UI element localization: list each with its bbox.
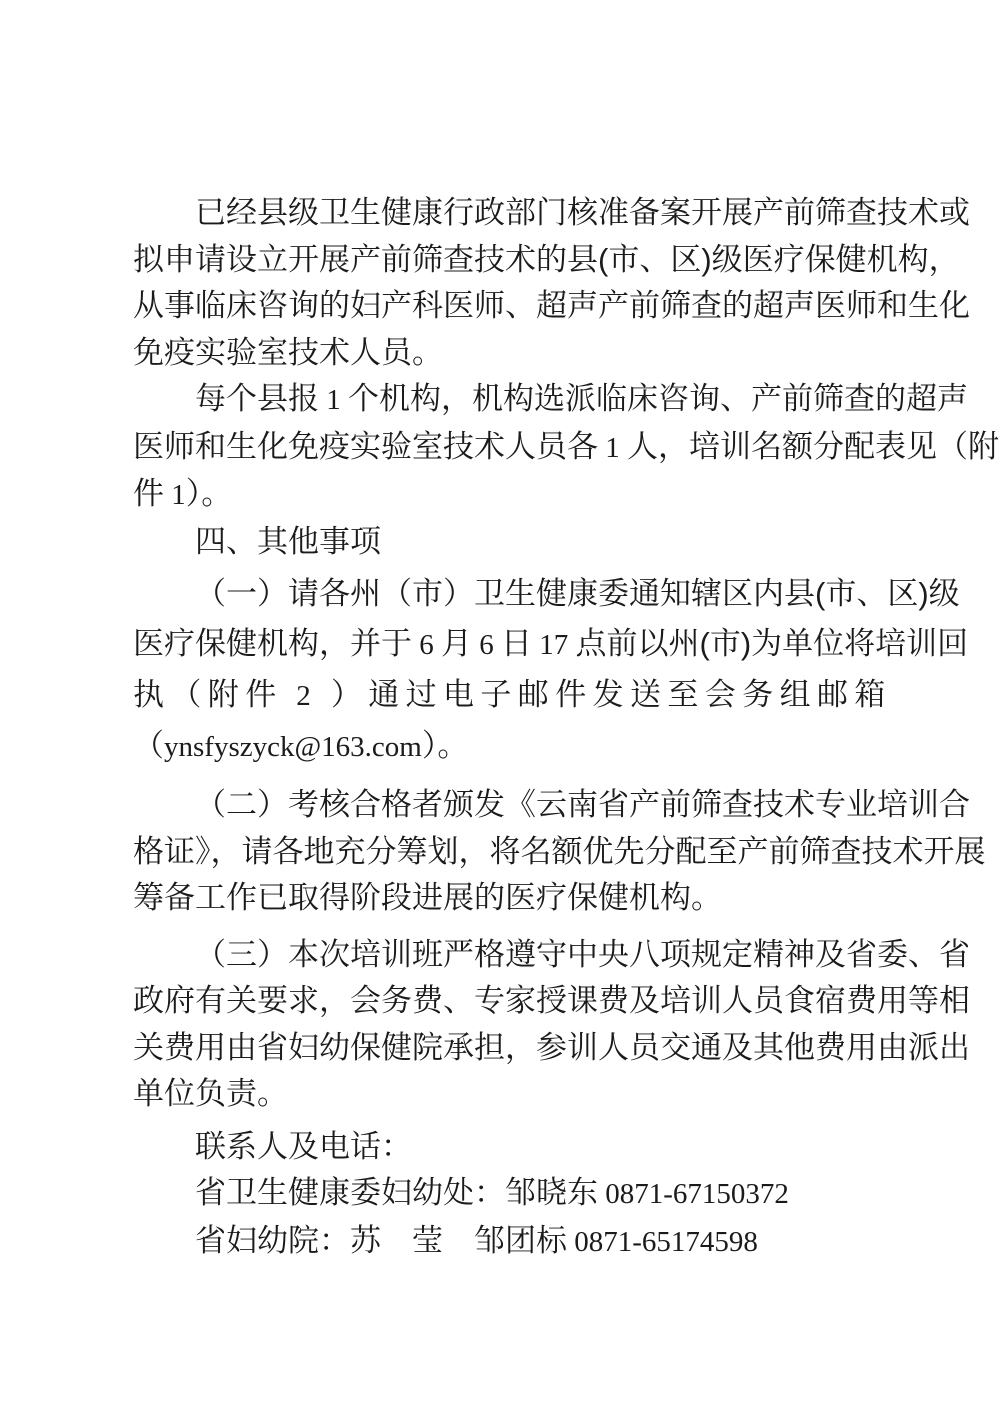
item-1-registration: （一）请各州（市）卫生健康委通知辖区内县(市、区)级医疗保健机构，并于 6 月 … bbox=[133, 569, 870, 772]
document-line: （三）本次培训班严格遵守中央八项规定精神及省委、省 bbox=[133, 932, 870, 979]
text-segment: 1 bbox=[598, 432, 627, 464]
text-segment: 拟申请设立开展产前筛查技术的县(市、区)级医疗保健机构， bbox=[133, 242, 960, 277]
text-segment: 月 bbox=[441, 626, 472, 661]
document-line: 省妇幼院：苏 莹 邹团标 0871-65174598 bbox=[133, 1218, 870, 1266]
document-line: （ynsfyszyck@163.com）。 bbox=[133, 721, 870, 772]
text-segment: 6 bbox=[412, 629, 441, 661]
text-segment: 联系人及电话： bbox=[195, 1129, 412, 1164]
text-segment: 关费用由省妇幼保健院承担，参训人员交通及其他费用由派出 bbox=[133, 1030, 970, 1065]
text-segment: 单位负责。 bbox=[133, 1076, 288, 1111]
section-heading-other-matters: 四、其他事项 bbox=[133, 519, 870, 566]
text-segment: 点前以州(市)为单位将培训回 bbox=[576, 626, 969, 661]
document-line: 医师和生化免疫实验室技术人员各 1 人，培训名额分配表见（附 bbox=[133, 424, 870, 472]
document-line: 每个县报 1 个机构，机构选派临床咨询、产前筛查的超声 bbox=[133, 376, 870, 424]
text-segment: 日 bbox=[501, 626, 532, 661]
text-segment: 17 bbox=[532, 629, 576, 661]
text-segment: 每个县报 bbox=[195, 381, 319, 416]
text-segment: 省妇幼院：苏 莹 邹团标 bbox=[195, 1223, 567, 1258]
document-line: 省卫生健康委妇幼处：邹晓东 0871-67150372 bbox=[133, 1170, 870, 1218]
document-line: 政府有关要求，会务费、专家授课费及培训人员食宿费用等相 bbox=[133, 978, 870, 1025]
document-line: 关费用由省妇幼保健院承担，参训人员交通及其他费用由派出 bbox=[133, 1025, 870, 1072]
text-segment: 政府有关要求，会务费、专家授课费及培训人员食宿费用等相 bbox=[133, 983, 970, 1018]
document-line: （二）考核合格者颁发《云南省产前筛查技术专业培训合 bbox=[133, 782, 870, 829]
text-segment: 医师和生化免疫实验室技术人员各 bbox=[133, 429, 598, 464]
document-line: 单位负责。 bbox=[133, 1071, 870, 1118]
text-segment: （二）考核合格者颁发《云南省产前筛查技术专业培训合 bbox=[195, 787, 970, 822]
item-2-certificate: （二）考核合格者颁发《云南省产前筛查技术专业培训合格证》，请各地充分筹划，将名额… bbox=[133, 782, 870, 922]
text-block: 已经县级卫生健康行政部门核准备案开展产前筛查技术或拟申请设立开展产前筛查技术的县… bbox=[133, 190, 870, 1265]
document-line: 医疗保健机构，并于 6 月 6 日 17 点前以州(市)为单位将培训回 bbox=[133, 619, 870, 670]
text-segment: ）通过电子邮件发送至会务组邮箱 bbox=[331, 677, 892, 712]
text-segment: 已经县级卫生健康行政部门核准备案开展产前筛查技术或 bbox=[195, 195, 970, 230]
document-line: 格证》，请各地充分筹划，将名额优先分配至产前筛查技术开展 bbox=[133, 829, 870, 876]
text-segment: 6 bbox=[472, 629, 501, 661]
text-segment: ）。 bbox=[422, 728, 469, 763]
text-segment: 免疫实验室技术人员。 bbox=[133, 335, 443, 370]
text-segment: （三）本次培训班严格遵守中央八项规定精神及省委、省 bbox=[195, 937, 970, 972]
document-line: 执（附件 2 ）通过电子邮件发送至会务组邮箱 bbox=[133, 670, 870, 721]
text-segment: 筹备工作已取得阶段进展的医疗保健机构。 bbox=[133, 880, 722, 915]
document-line: （一）请各州（市）卫生健康委通知辖区内县(市、区)级 bbox=[133, 569, 870, 619]
text-segment: 0871-67150372 bbox=[598, 1178, 789, 1210]
document-page: 已经县级卫生健康行政部门核准备案开展产前筛查技术或拟申请设立开展产前筛查技术的县… bbox=[0, 0, 1000, 1415]
text-segment: 1 bbox=[164, 479, 186, 511]
text-segment: ）。 bbox=[186, 476, 233, 511]
document-line: 从事临床咨询的妇产科医师、超声产前筛查的超声医师和生化 bbox=[133, 283, 870, 330]
text-segment: 个机构，机构选派临床咨询、产前筛查的超声 bbox=[348, 381, 968, 416]
document-line: 拟申请设立开展产前筛查技术的县(市、区)级医疗保健机构， bbox=[133, 237, 870, 284]
text-segment: 1 bbox=[319, 384, 348, 416]
text-segment: 2 bbox=[283, 680, 331, 712]
contacts: 联系人及电话：省卫生健康委妇幼处：邹晓东 0871-67150372省妇幼院：苏… bbox=[133, 1124, 870, 1266]
paragraph-quota: 每个县报 1 个机构，机构选派临床咨询、产前筛查的超声医师和生化免疫实验室技术人… bbox=[133, 376, 870, 519]
item-3-expenses: （三）本次培训班严格遵守中央八项规定精神及省委、省政府有关要求，会务费、专家授课… bbox=[133, 932, 870, 1118]
text-segment: （ bbox=[133, 728, 164, 763]
document-line: 件 1）。 bbox=[133, 471, 870, 519]
document-line: 已经县级卫生健康行政部门核准备案开展产前筛查技术或 bbox=[133, 190, 870, 237]
paragraph-qualification: 已经县级卫生健康行政部门核准备案开展产前筛查技术或拟申请设立开展产前筛查技术的县… bbox=[133, 190, 870, 376]
text-segment: 0871-65174598 bbox=[567, 1226, 758, 1258]
document-line: 联系人及电话： bbox=[133, 1124, 870, 1171]
text-segment: 四、其他事项 bbox=[195, 524, 381, 559]
document-line: 免疫实验室技术人员。 bbox=[133, 330, 870, 377]
document-line: 四、其他事项 bbox=[133, 519, 870, 566]
text-segment: 医疗保健机构，并于 bbox=[133, 626, 412, 661]
text-segment: 省卫生健康委妇幼处：邹晓东 bbox=[195, 1175, 598, 1210]
text-segment: 格证》，请各地充分筹划，将名额优先分配至产前筛查技术开展 bbox=[133, 834, 986, 869]
text-segment: （一）请各州（市）卫生健康委通知辖区内县(市、区)级 bbox=[195, 576, 960, 611]
text-segment: 人，培训名额分配表见（附 bbox=[627, 429, 999, 464]
document-line: 筹备工作已取得阶段进展的医疗保健机构。 bbox=[133, 875, 870, 922]
text-segment: 件 bbox=[133, 476, 164, 511]
text-segment: 执（附件 bbox=[133, 677, 283, 712]
text-segment: 从事临床咨询的妇产科医师、超声产前筛查的超声医师和生化 bbox=[133, 288, 970, 323]
text-segment: ynsfyszyck@163.com bbox=[164, 731, 422, 763]
